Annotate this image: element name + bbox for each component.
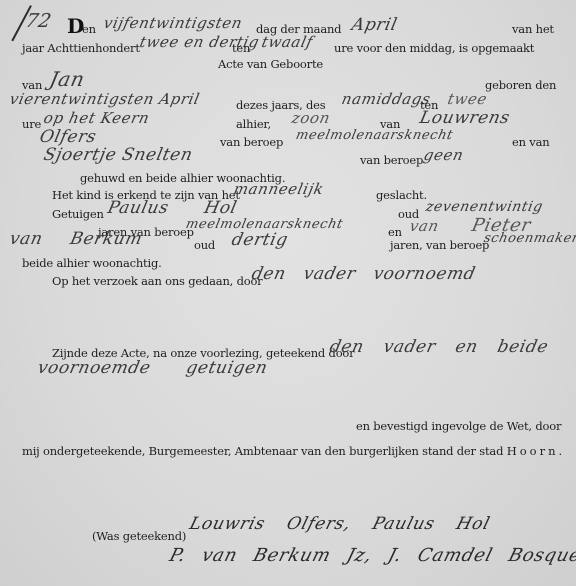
father-occupation-handwritten: meelmolenaarsknecht: [294, 128, 454, 143]
bevestigd-text: en bevestigd ingevolge de Wet, door: [356, 419, 561, 433]
van-beroep2-text: van beroep: [360, 153, 423, 167]
witness1-age-handwritten: zevenentwintig: [424, 199, 544, 215]
geboren-den-text: geboren den: [485, 78, 556, 92]
en-text: en: [388, 225, 402, 239]
month-handwritten: April: [350, 15, 399, 35]
ondergeteekende-body: mij ondergeteekende, Burgemeester, Ambte…: [22, 444, 503, 458]
birth-certificate-page: 72 D en vijfentwintigsten dag der maand …: [0, 0, 576, 586]
getuigen-text: Getuigen: [52, 207, 104, 221]
mother-name-handwritten: Sjoertje Snelten: [42, 145, 195, 165]
verzoek-text: Op het verzoek aan ons gedaan, door: [52, 274, 262, 288]
ondergeteekende-text: mij ondergeteekende, Burgemeester, Ambte…: [22, 444, 565, 458]
was-geteekend-label: (Was geteekend): [92, 529, 186, 543]
requester-handwritten: den vader voornoemd: [250, 264, 478, 284]
den-text: en: [82, 22, 96, 36]
birth-hour-handwritten: twee: [446, 90, 489, 108]
city-name: Hoorn.: [507, 444, 565, 458]
child-name-handwritten: Jan: [47, 67, 87, 91]
oud2-text: oud: [194, 238, 215, 252]
father-lastname-handwritten: Olfers: [38, 127, 98, 147]
jaar-text: jaar Achttienhondert: [22, 41, 140, 55]
en-van-text: en van: [512, 135, 549, 149]
geslacht-text: geslacht.: [376, 188, 427, 202]
van-beroep-text: van beroep: [220, 135, 283, 149]
time-of-day-handwritten: namiddags: [340, 90, 432, 108]
zoon-handwritten: zoon: [290, 109, 332, 127]
signers2-handwritten: voornoemde getuigen: [36, 358, 270, 378]
witness2-age-handwritten: dertig: [230, 230, 290, 250]
witness2-lastname-handwritten: van Berkum: [8, 229, 144, 249]
jaren-van-beroep2-text: jaren, van beroep: [390, 238, 489, 252]
birth-place-handwritten: op het Keern: [42, 109, 151, 127]
ure-voor-text: ure voor den middag, is opgemaakt: [334, 41, 534, 55]
mother-occupation-handwritten: geen: [422, 146, 465, 164]
signature-line-2: P. van Berkum Jz, J. Camdel Bosquey: [167, 545, 576, 566]
birthday-handwritten: vierentwintigsten April: [8, 90, 201, 108]
alhier-text: alhier,: [236, 117, 271, 131]
signers-handwritten: den vader en beide: [328, 337, 550, 357]
beide-woonachtig-text: beide alhier woonachtig.: [22, 256, 162, 270]
sex-handwritten: manneelijk: [232, 180, 325, 198]
witness2-occupation-handwritten: schoenmaker: [482, 231, 576, 246]
ten-text: ten: [232, 41, 250, 55]
ure-text: ure: [22, 117, 41, 131]
day-handwritten: vijfentwintigsten: [102, 14, 244, 32]
van-het-text: van het: [512, 22, 554, 36]
signature-line-1: Louwris Olfers, Paulus Hol: [187, 514, 492, 534]
hour-handwritten: twaalf: [260, 33, 315, 51]
witness1-name-handwritten: Paulus Hol: [106, 198, 239, 218]
van-handwritten: van: [408, 217, 441, 235]
record-number: 72: [24, 10, 54, 32]
father-firstname-handwritten: Louwrens: [418, 108, 512, 128]
acte-title: Acte van Geboorte: [218, 57, 323, 71]
